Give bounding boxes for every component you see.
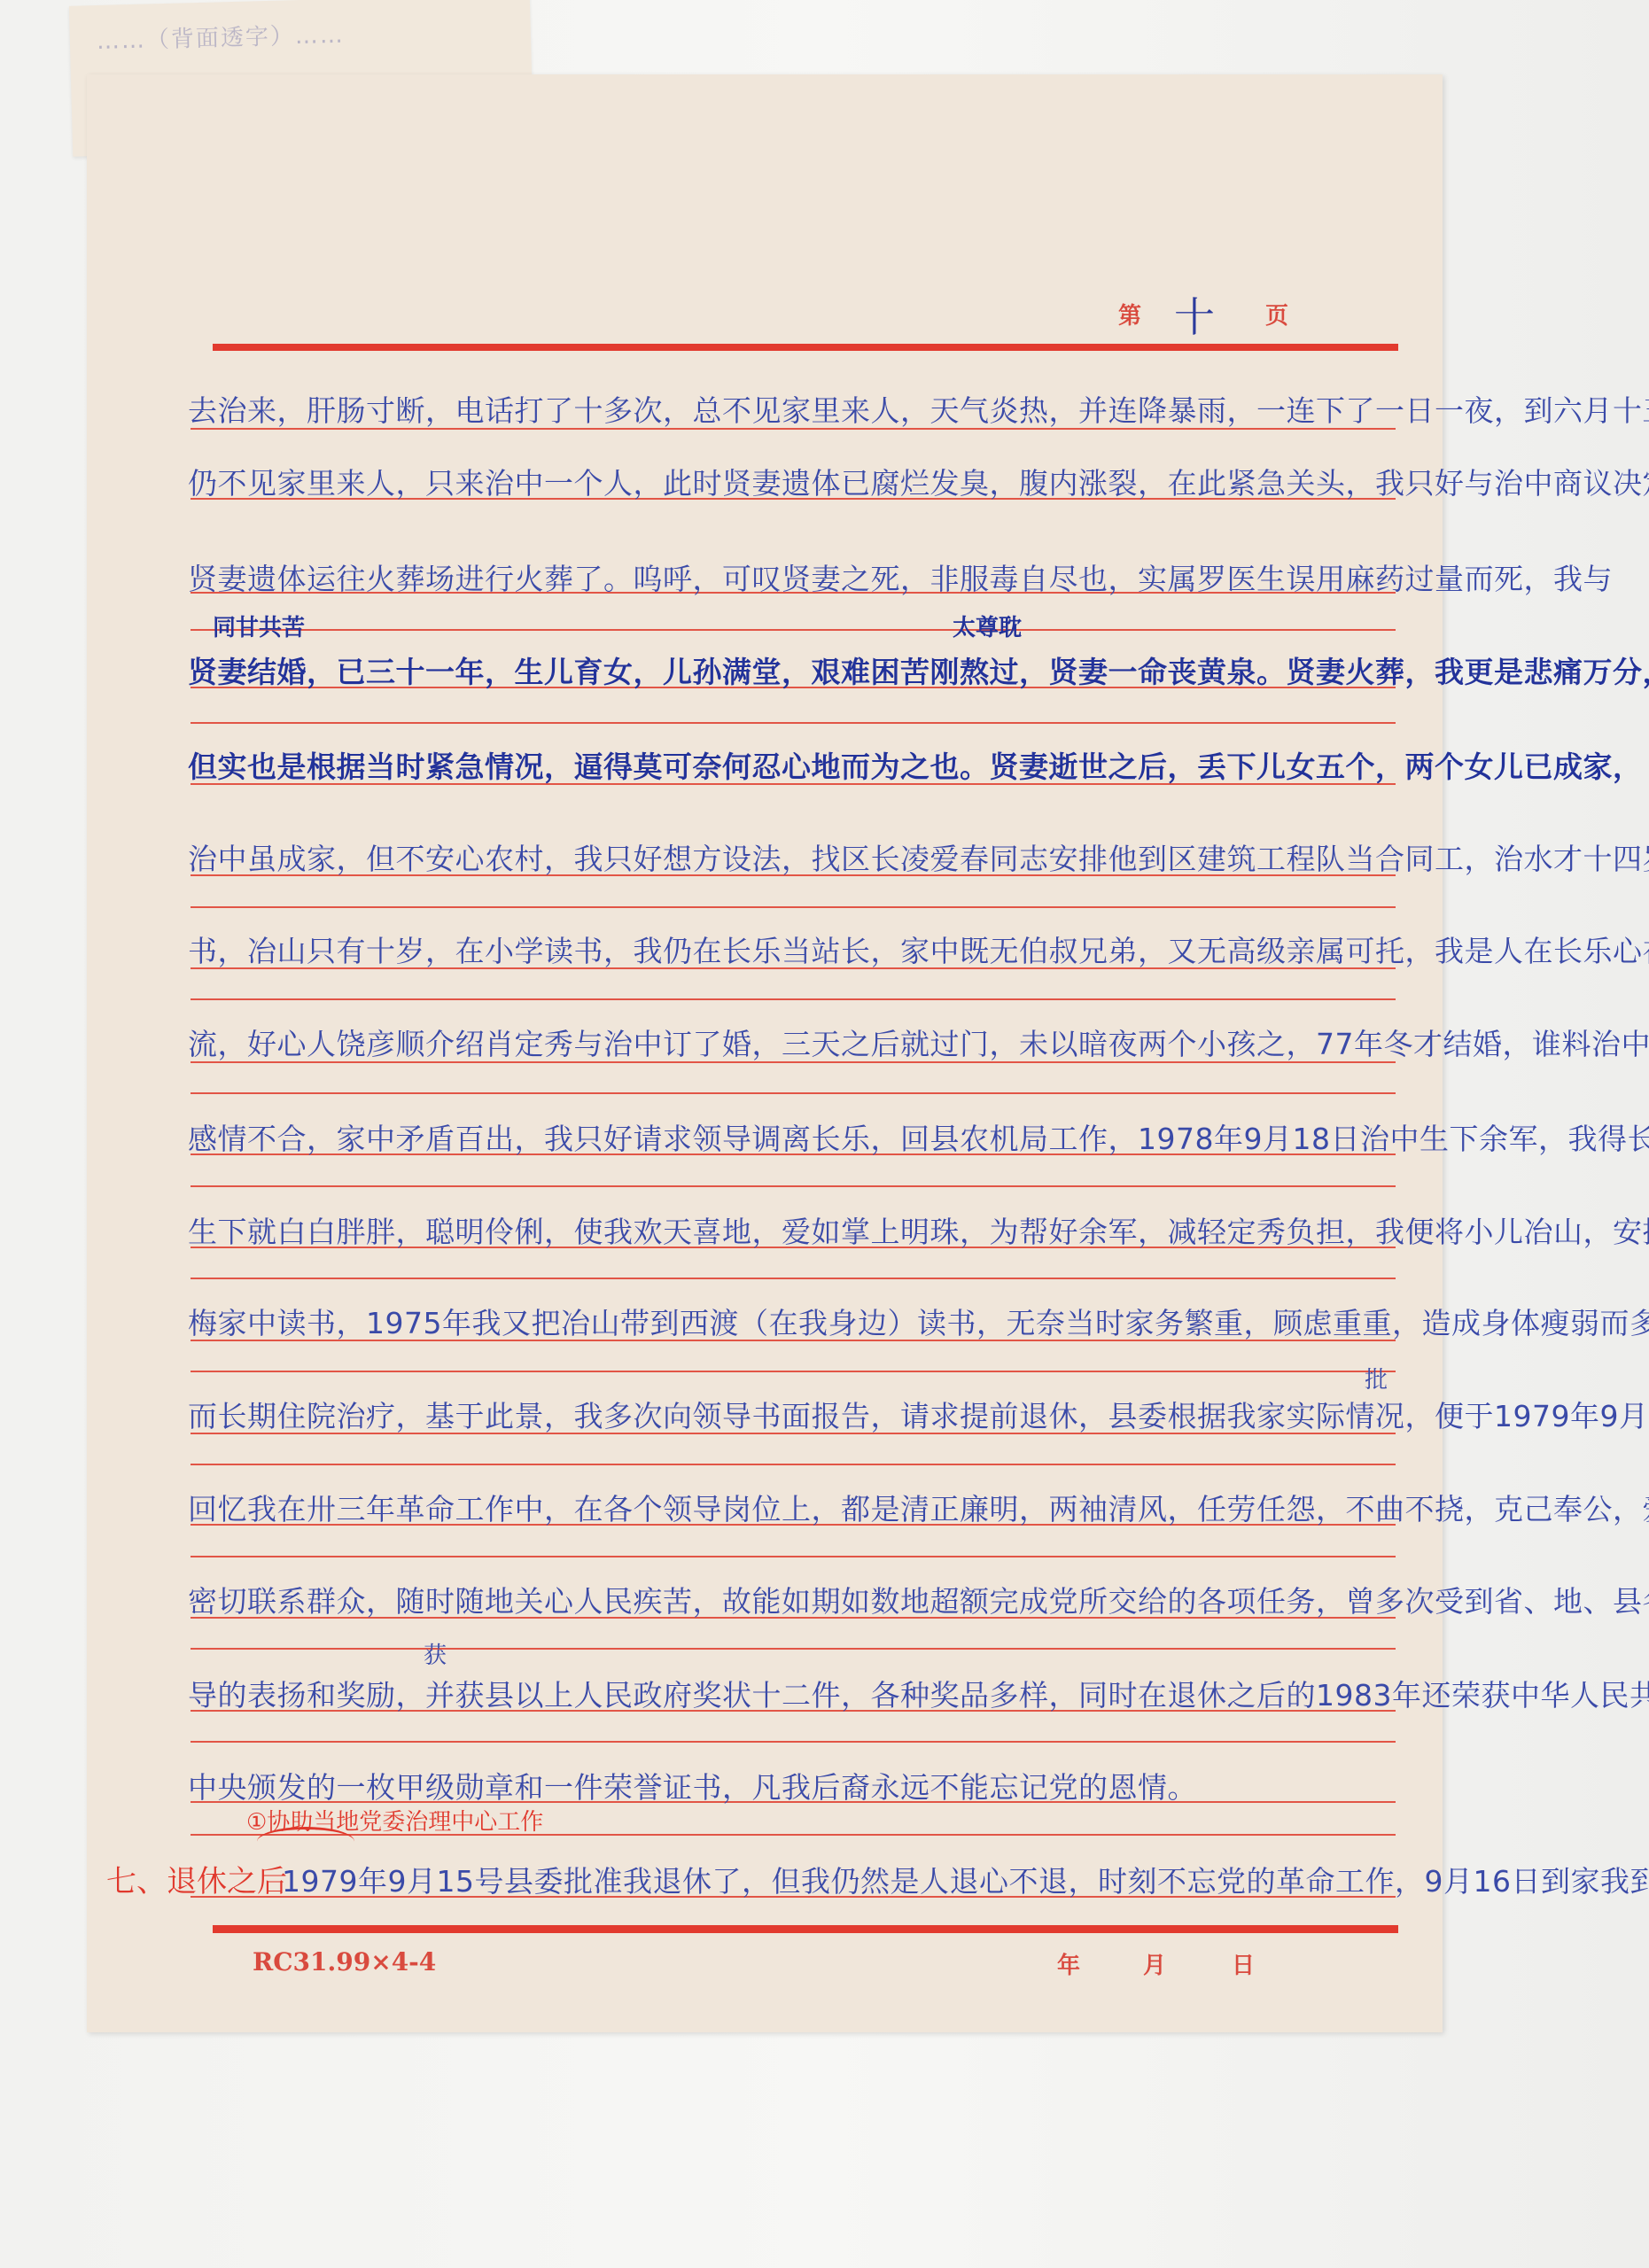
footer-rule — [213, 1925, 1398, 1933]
date-month-label: 月 — [1143, 1947, 1166, 1980]
manuscript-line-3: 贤妻遗体运往火葬场进行火葬了。呜呼，可叹贤妻之死，非服毒自尽也，实属罗医生误用麻… — [188, 556, 1428, 598]
ruled-line — [191, 1741, 1396, 1743]
manuscript-line-13: 回忆我在卅三年革命工作中，在各个领导岗位上，都是清正廉明，两袖清风，任劳任怨，不… — [188, 1487, 1428, 1528]
manuscript-line-2: 仍不见家里来人，只来治中一个人，此时贤妻遗体已腐烂发臭，腹内涨裂，在此紧急关头，… — [188, 461, 1428, 502]
ruled-line — [191, 1556, 1396, 1557]
manuscript-line-1: 去治来，肝肠寸断，电话打了十多次，总不见家里来人，天气炎热，并连降暴雨，一连下了… — [188, 388, 1428, 430]
red-insertion-bracket — [257, 1827, 354, 1856]
manuscript-line-6: 治中虽成家，但不安心农村，我只好想方设法，找区长凌爱春同志安排他到区建筑工程队当… — [188, 836, 1428, 878]
page-number: 十 — [1174, 285, 1215, 344]
insertion-note: 批 — [1365, 1362, 1388, 1394]
manuscript-line-14: 密切联系群众，随时随地关心人民疾苦，故能如期如数地超额完成党所交给的各项任务，曾… — [188, 1579, 1428, 1620]
manuscript-line-10: 生下就白白胖胖，聪明伶俐，使我欢天喜地，爱如掌上明珠，为帮好余军，减轻定秀负担，… — [188, 1209, 1428, 1251]
insertion-note: 太尊耽 — [953, 610, 1022, 642]
date-year-label: 年 — [1057, 1947, 1080, 1980]
manuscript-line-9: 感情不合，家中矛盾百出，我只好请求领导调离长乐，回县农机局工作，1978年9月1… — [188, 1116, 1428, 1158]
manuscript-line-15: 导的表扬和奖励，并获县以上人民政府奖状十二件，各种奖品多样，同时在退休之后的19… — [188, 1673, 1428, 1714]
underlay-bleed-text: ……（背面透字）…… — [96, 12, 522, 56]
manuscript-line-8: 流，好心人饶彦顺介绍肖定秀与治中订了婚，三天之后就过门，未以暗夜两个小孩之，77… — [188, 1021, 1428, 1063]
manuscript-line-4: 贤妻结婚，已三十一年，生儿育女，儿孙满堂，艰难困苦刚熬过，贤妻一命丧黄泉。贤妻火… — [188, 649, 1428, 691]
ruled-line — [191, 629, 1396, 631]
ruled-line — [191, 1464, 1396, 1465]
manuscript-line-12: 而长期住院治疗，基于此景，我多次向领导书面报告，请求提前退休，县委根据我家实际情… — [188, 1394, 1428, 1435]
ruled-line — [191, 1092, 1396, 1094]
form-code: RC31.99×4-4 — [253, 1947, 436, 1977]
page-suffix: 页 — [1265, 298, 1288, 330]
manuscript-line-11: 梅家中读书，1975年我又把冶山带到西渡（在我身边）读书，无奈当时家务繁重，顾虑… — [188, 1301, 1428, 1342]
manuscript-line-7: 书，冶山只有十岁，在小学读书，我仍在长乐当站长，家中既无伯叔兄弟，又无高级亲属可… — [188, 928, 1428, 970]
date-day-label: 日 — [1232, 1947, 1255, 1980]
ruled-line — [191, 906, 1396, 908]
ruled-line — [191, 1371, 1396, 1372]
insertion-note: 获 — [424, 1637, 447, 1670]
ruled-line — [191, 722, 1396, 724]
insertion-note: 同甘共苦 — [213, 610, 305, 642]
header-rule — [213, 344, 1398, 351]
ruled-line — [191, 998, 1396, 1000]
ruled-line — [191, 1648, 1396, 1650]
page-prefix: 第 — [1118, 298, 1141, 330]
ruled-line — [191, 1278, 1396, 1279]
manuscript-line-5: 但实也是根据当时紧急情况，逼得莫可奈何忍心地而为之也。贤妻逝世之后，丢下儿女五个… — [188, 744, 1428, 786]
red-annotation-heading: 七、退休之后 — [106, 1857, 287, 1900]
ruled-line — [191, 1185, 1396, 1187]
manuscript-line-17: 1979年9月15号县委批准我退休了，但我仍然是人退心不退，时刻不忘党的革命工作… — [282, 1859, 1398, 1900]
manuscript-line-16: 中央颁发的一枚甲级勋章和一件荣誉证书，凡我后裔永远不能忘记党的恩情。 — [188, 1765, 1428, 1806]
